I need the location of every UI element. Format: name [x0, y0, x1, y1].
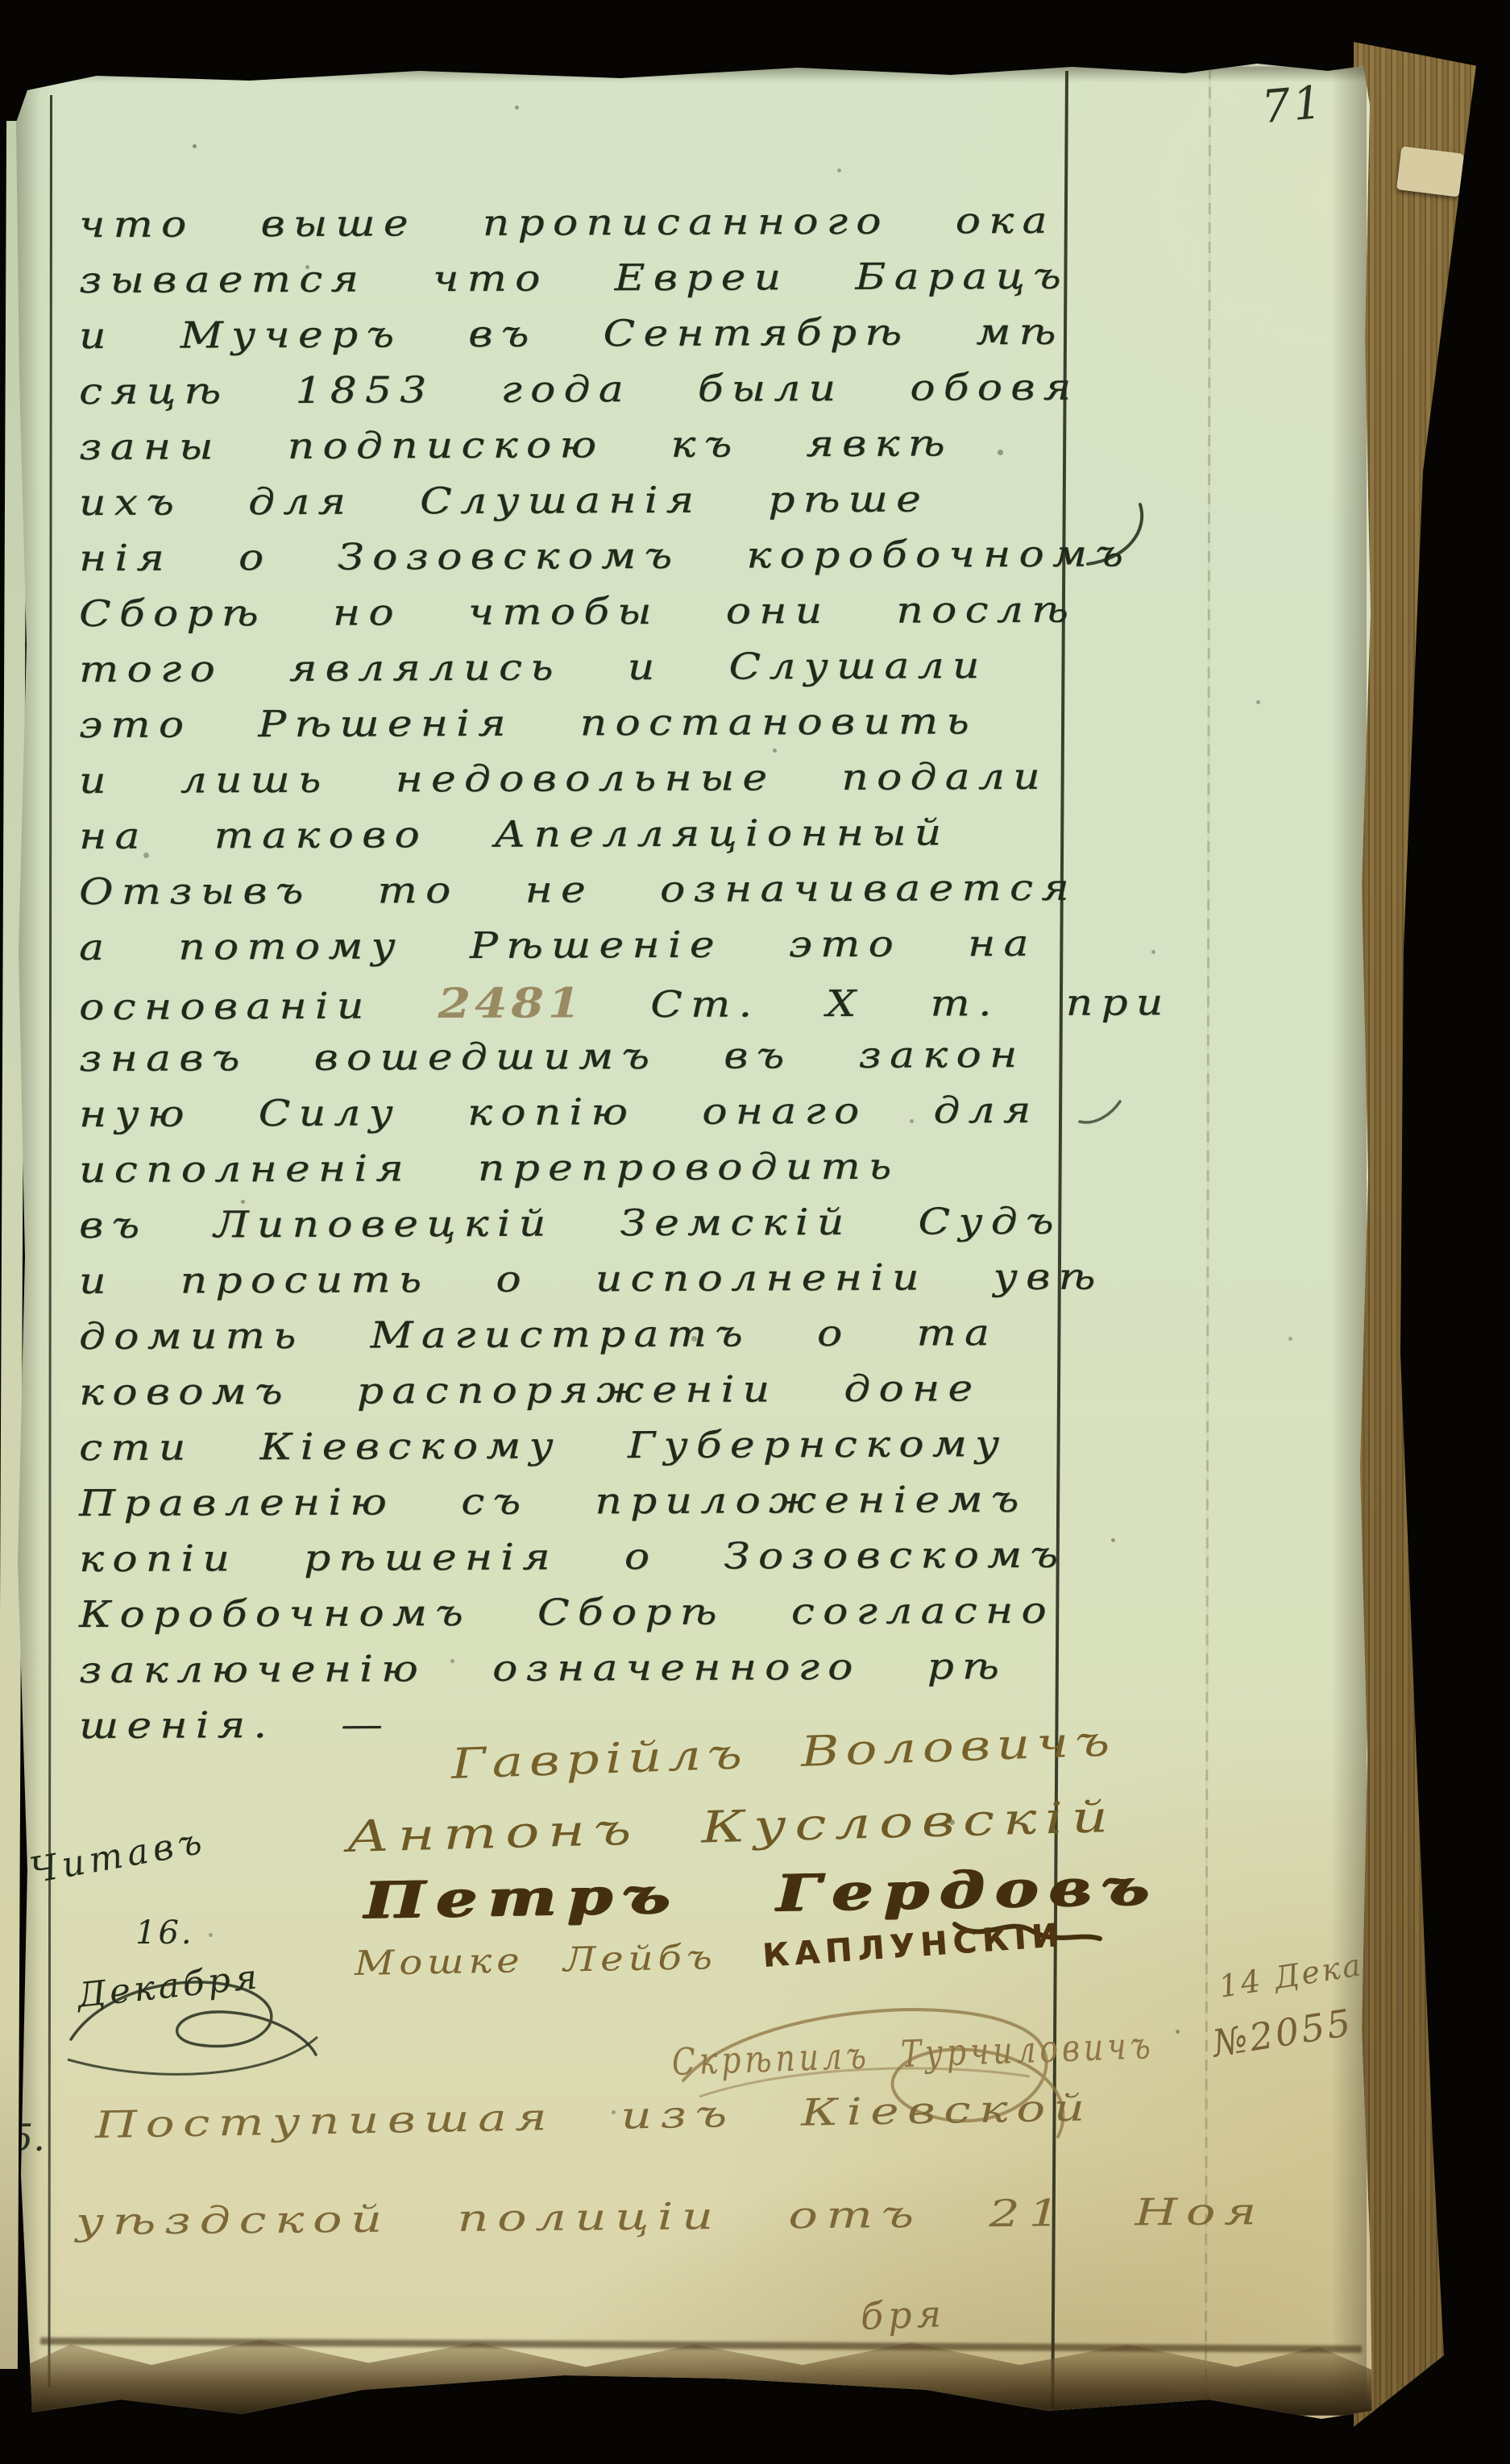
manuscript-line: это Рѣшенія постановить [79, 699, 977, 746]
line-text: ную Силу копію онаго для [79, 1089, 1039, 1135]
manuscript-line: Сборѣ но чтобы они послѣ [79, 588, 1076, 635]
manuscript-line: ную Силу копію онаго для [79, 1089, 1039, 1135]
manuscript-line: и Мучеръ въ Сентябрѣ мѣ [79, 310, 1064, 357]
manuscript-page: 71 что выше прописанного оказывается что… [0, 0, 1510, 2464]
line-text: ихъ для Слушанія рѣше [79, 477, 929, 524]
line-text: Ст. X т. при [584, 981, 1172, 1026]
manuscript-line: и просить о исполненіи увѣ [79, 1255, 1104, 1302]
next-entry-line-2: уѣздской полиціи отъ 21 Ноя [76, 2189, 1265, 2243]
line-text: Коробочномъ Сборѣ согласно [79, 1589, 1055, 1636]
manuscript-line: и лишь недовольные подали [79, 755, 1048, 802]
page-number: 71 [1259, 77, 1326, 134]
line-text: основаніи [79, 984, 438, 1028]
outer-margin-rule [1205, 68, 1211, 2404]
stray-pen-tick [1076, 1097, 1124, 1130]
manuscript-line: копіи рѣшенія о Зозовскомъ [79, 1533, 1066, 1580]
line-text: знавъ вошедшимъ въ закон [79, 1033, 1026, 1080]
line-text: Отзывъ то не означивается [79, 866, 1077, 913]
line-text: нія о Зозовскомъ коробочномъ [79, 532, 1131, 579]
line-text: исполненія препроводить [79, 1145, 900, 1191]
margin-read-note: Читавъ [27, 1820, 209, 1892]
manuscript-line: зывается что Евреи Барацъ [79, 255, 1069, 301]
bottom-water-stain [16, 2314, 1372, 2416]
manuscript-line: сти Кіевскому Губернскому [79, 1422, 1008, 1469]
line-text: что выше прописанного ока [79, 199, 1056, 246]
line-text: и лишь недовольные подали [79, 755, 1048, 802]
manuscript-line: Правленію съ приложеніемъ [79, 1478, 1027, 1524]
manuscript-line: основаніи 2481 Ст. X т. при [79, 977, 1172, 1030]
line-text: ковомъ распоряженіи доне [79, 1367, 981, 1413]
line-text: зывается что Евреи Барацъ [79, 255, 1069, 301]
manuscript-line: заны подпискою къ явкѣ [79, 421, 953, 468]
torn-top-edge-shadow [16, 66, 1370, 82]
left-margin-rule [48, 95, 52, 2387]
paper-speckles [0, 0, 2, 2]
line-text: шенія. — [79, 1703, 391, 1747]
manuscript-line: что выше прописанного ока [79, 199, 1056, 246]
line-text: это Рѣшенія постановить [79, 699, 977, 746]
inserted-article-number: 2481 [438, 979, 584, 1028]
line-text: заны подпискою къ явкѣ [79, 421, 953, 468]
manuscript-line: знавъ вошедшимъ въ закон [79, 1033, 1026, 1080]
manuscript-line: нія о Зозовскомъ коробочномъ [79, 532, 1131, 579]
manuscript-line: домить Магистратъ о та [79, 1311, 998, 1358]
page-edge-tab [1396, 146, 1464, 197]
line-text: того являлись и Слушали [79, 644, 988, 691]
line-text: на таково Апелляціонный [79, 811, 950, 857]
line-text: Правленію съ приложеніемъ [79, 1478, 1027, 1524]
manuscript-line: ковомъ распоряженіи доне [79, 1367, 981, 1413]
line-text: и Мучеръ въ Сентябрѣ мѣ [79, 310, 1064, 357]
signature-kaplunsky: КАПЛУНСКІИ [761, 1917, 1065, 1975]
manuscript-line: сяцѣ 1853 года были обовя [79, 366, 1080, 413]
line-text: сти Кіевскому Губернскому [79, 1422, 1008, 1469]
margin-read-day: 16. [135, 1914, 194, 1952]
manuscript-line: заключенію означенного рѣ [79, 1645, 1007, 1691]
line-text: заключенію означенного рѣ [79, 1645, 1007, 1691]
line-text: копіи рѣшенія о Зозовскомъ [79, 1533, 1066, 1580]
line-text: сяцѣ 1853 года были обовя [79, 366, 1080, 413]
book-fore-edge [1354, 42, 1483, 2427]
line-text: и просить о исполненіи увѣ [79, 1255, 1104, 1302]
right-edge-shadow [1331, 64, 1367, 2405]
line-text: домить Магистратъ о та [79, 1311, 998, 1358]
line-text: въ Липовецкій Земскій Судъ [79, 1200, 1062, 1247]
manuscript-line: а потому Рѣшеніе это на [79, 922, 1037, 969]
next-entry-line-3: бря [860, 2292, 947, 2338]
manuscript-lines: что выше прописанного оказывается что Ев… [79, 203, 1126, 1815]
line-text: а потому Рѣшеніе это на [79, 922, 1037, 969]
manuscript-line: Отзывъ то не означивается [79, 866, 1077, 913]
photograph-background: 71 что выше прописанного оказывается что… [0, 0, 1510, 2464]
manuscript-line: на таково Апелляціонный [79, 811, 950, 857]
manuscript-line: исполненія препроводить [79, 1145, 900, 1191]
manuscript-line: того являлись и Слушали [79, 644, 988, 691]
manuscript-line: въ Липовецкій Земскій Судъ [79, 1200, 1062, 1247]
manuscript-line: Коробочномъ Сборѣ согласно [79, 1589, 1055, 1636]
line-text: Сборѣ но чтобы они послѣ [79, 588, 1076, 635]
manuscript-line: шенія. — [79, 1703, 391, 1747]
manuscript-line: ихъ для Слушанія рѣше [79, 477, 929, 524]
stray-pen-stroke [1072, 498, 1152, 570]
